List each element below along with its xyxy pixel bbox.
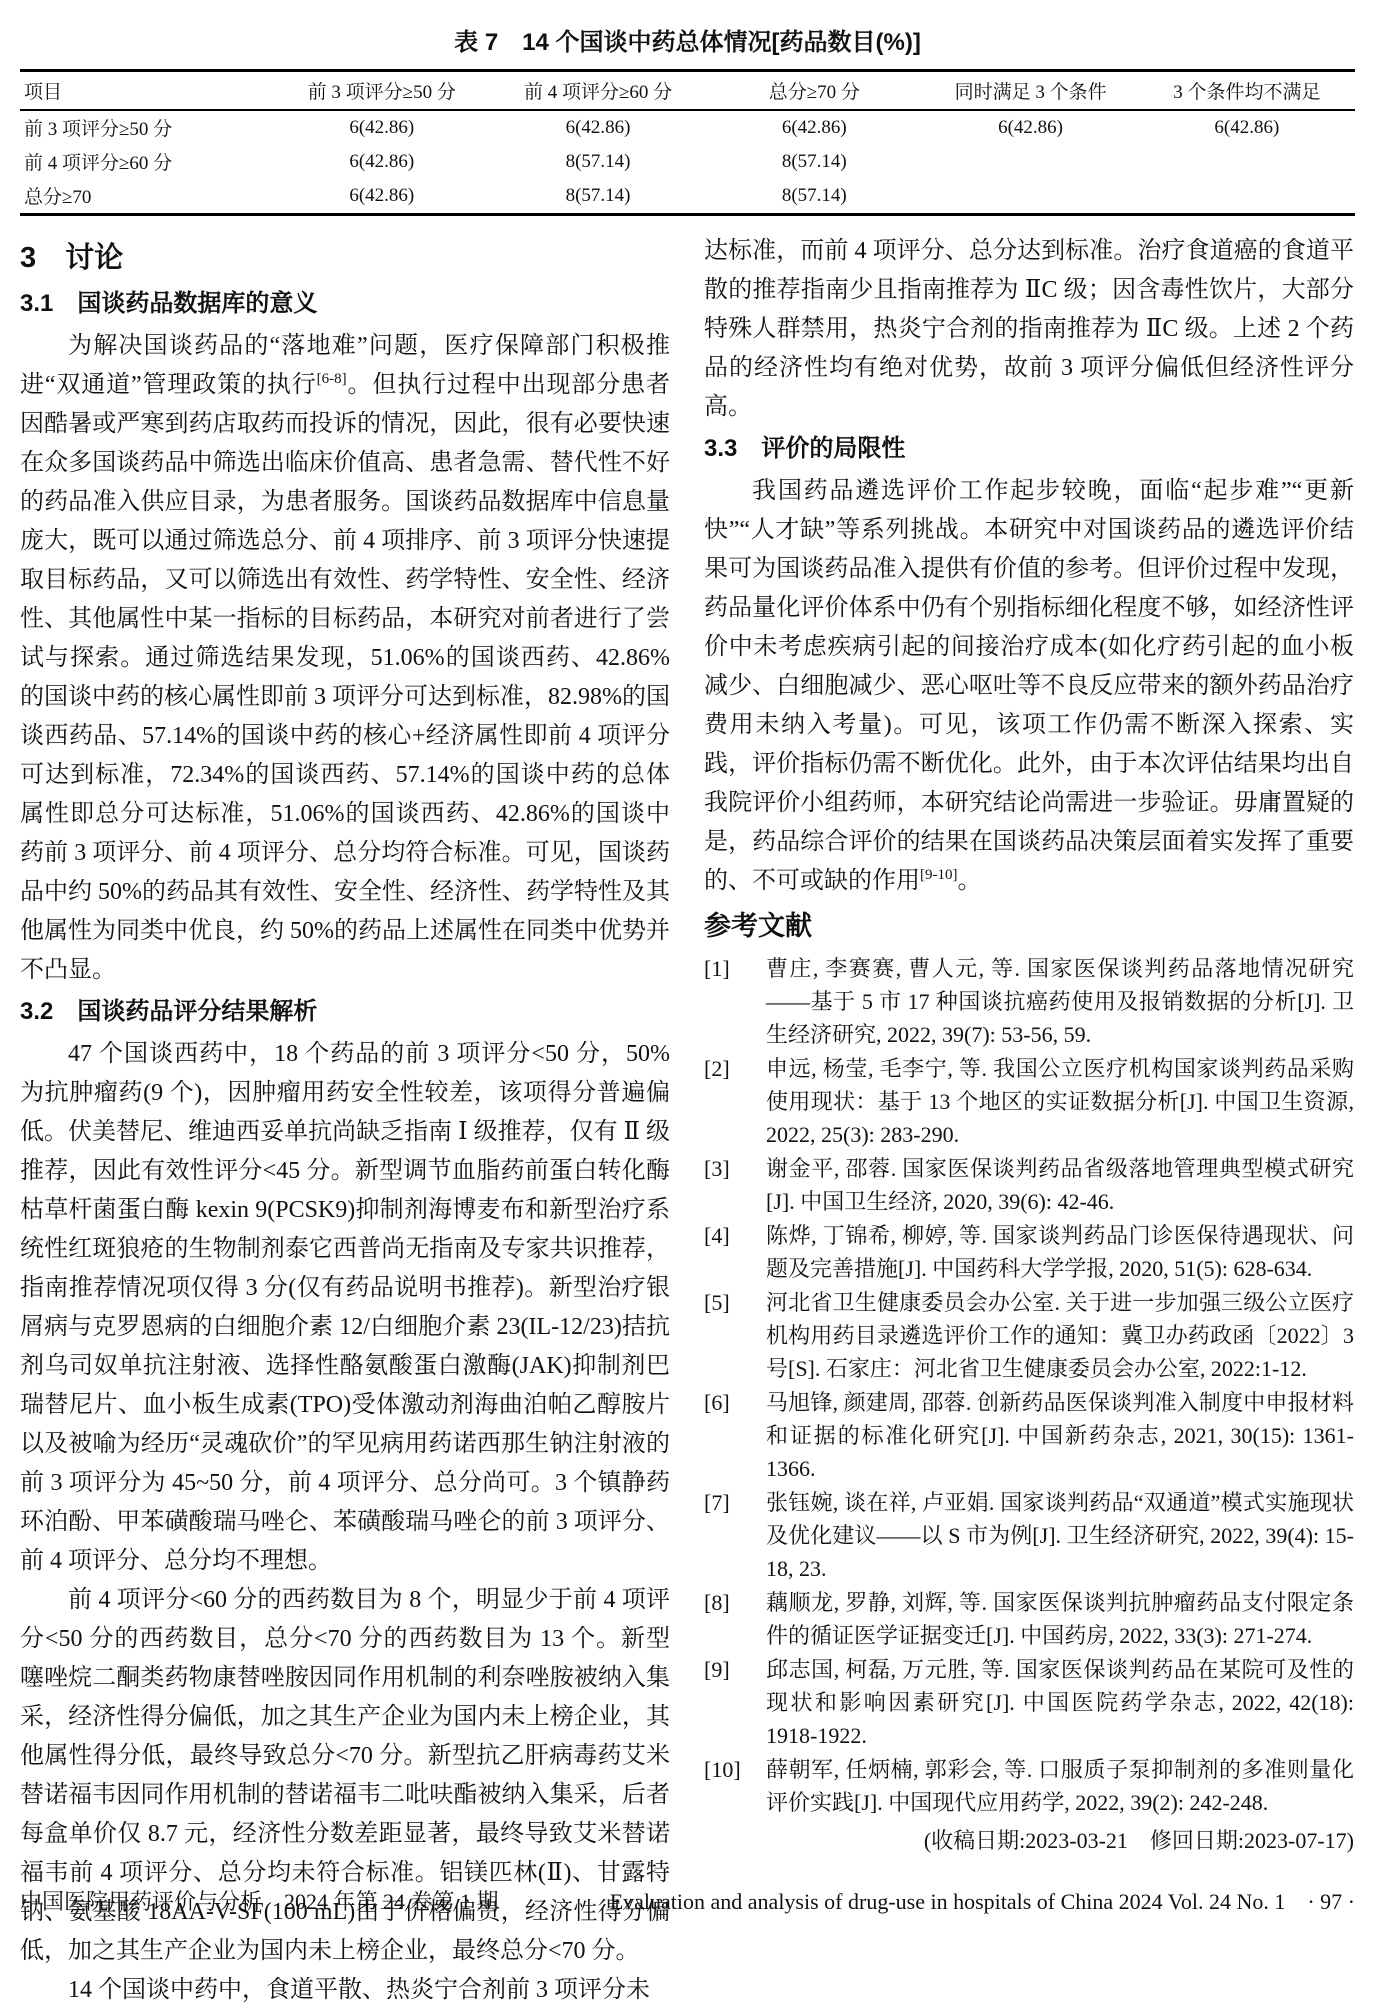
article-body: 3 讨论 3.1 国谈药品数据库的意义 为解决国谈药品的“落地难”问题，医疗保障… bbox=[20, 232, 1355, 2010]
table-cell: 6(42.86) bbox=[1139, 110, 1355, 145]
reference-text: 藕顺龙, 罗静, 刘辉, 等. 国家医保谈判抗肿瘤药品支付限定条件的循证医学证据… bbox=[766, 1586, 1354, 1652]
reference-item: [7] 张钰婉, 谈在祥, 卢亚娟. 国家谈判药品“双通道”模式实施现状及优化建… bbox=[704, 1486, 1354, 1585]
reference-number: [9] bbox=[704, 1653, 766, 1752]
page-footer: 中国医院用药评价与分析 2024 年第 24 卷第 1 期 Evaluation… bbox=[20, 1885, 1355, 1916]
received-revised-dates: (收稿日期:2023-03-21 修回日期:2023-07-17) bbox=[704, 1824, 1354, 1857]
reference-item: [4] 陈烨, 丁锦希, 柳婷, 等. 国家谈判药品门诊医保待遇现状、问题及完善… bbox=[704, 1219, 1354, 1285]
reference-number: [7] bbox=[704, 1486, 766, 1585]
paragraph-text: 。但执行过程中出现部分患者因酷暑或严寒到药店取药而投诉的情况，因此，很有必要快速… bbox=[20, 372, 670, 983]
paragraph-text: 。 bbox=[958, 868, 982, 894]
section-heading-discussion: 3 讨论 bbox=[20, 240, 670, 276]
table-header-row: 项目 前 3 项评分≥50 分 前 4 项评分≥60 分 总分≥70 分 同时满… bbox=[20, 71, 1355, 111]
reference-text: 申远, 杨莹, 毛李宁, 等. 我国公立医疗机构国家谈判药品采购使用现状：基于 … bbox=[766, 1052, 1354, 1151]
citation-marker: [6-8] bbox=[317, 371, 347, 387]
table-cell: 8(57.14) bbox=[490, 179, 706, 215]
table-cell: 8(57.14) bbox=[706, 145, 922, 179]
table-row: 总分≥70 6(42.86) 8(57.14) 8(57.14) bbox=[20, 179, 1355, 215]
row-label: 总分≥70 bbox=[20, 179, 274, 215]
reference-item: [6] 马旭锋, 颜建周, 邵蓉. 创新药品医保谈判准入制度中申报材料和证据的标… bbox=[704, 1386, 1354, 1485]
paragraph-3-2-3-left: 14 个国谈中药中，食道平散、热炎宁合剂前 3 项评分未 bbox=[20, 1971, 670, 2010]
left-column: 3 讨论 3.1 国谈药品数据库的意义 为解决国谈药品的“落地难”问题，医疗保障… bbox=[20, 232, 670, 2010]
reference-item: [5] 河北省卫生健康委员会办公室. 关于进一步加强三级公立医疗机构用药目录遴选… bbox=[704, 1286, 1354, 1385]
journal-name-en: Evaluation and analysis of drug-use in h… bbox=[610, 1885, 1355, 1916]
table-cell: 6(42.86) bbox=[274, 110, 490, 145]
reference-number: [1] bbox=[704, 952, 766, 1051]
paragraph-3-2-1: 47 个国谈西药中，18 个药品的前 3 项评分<50 分，50%为抗肿瘤药(9… bbox=[20, 1035, 670, 1581]
journal-name-cn: 中国医院用药评价与分析 2024 年第 24 卷第 1 期 bbox=[20, 1885, 499, 1916]
column-header: 前 4 项评分≥60 分 bbox=[490, 71, 706, 111]
table-cell bbox=[1139, 179, 1355, 215]
column-header: 3 个条件均不满足 bbox=[1139, 71, 1355, 111]
table-cell: 6(42.86) bbox=[922, 110, 1138, 145]
subsection-heading-3-1: 3.1 国谈药品数据库的意义 bbox=[20, 286, 670, 322]
reference-item: [3] 谢金平, 邵蓉. 国家医保谈判药品省级落地管理典型模式研究[J]. 中国… bbox=[704, 1152, 1354, 1218]
reference-number: [10] bbox=[704, 1753, 766, 1819]
table-cell: 8(57.14) bbox=[706, 179, 922, 215]
row-label: 前 4 项评分≥60 分 bbox=[20, 145, 274, 179]
subsection-heading-3-3: 3.3 评价的局限性 bbox=[704, 431, 1354, 467]
reference-number: [8] bbox=[704, 1586, 766, 1652]
reference-number: [2] bbox=[704, 1052, 766, 1151]
subsection-heading-3-2: 3.2 国谈药品评分结果解析 bbox=[20, 994, 670, 1030]
journal-page: 表 7 14 个国谈中药总体情况[药品数目(%)] 项目 前 3 项评分≥50 … bbox=[0, 0, 1375, 1940]
row-label: 前 3 项评分≥50 分 bbox=[20, 110, 274, 145]
table-cell bbox=[922, 179, 1138, 215]
table-cell bbox=[1139, 145, 1355, 179]
paragraph-3-2-3-continued: 达标准，而前 4 项评分、总分达到标准。治疗食道癌的食道平散的推荐指南少且指南推… bbox=[704, 232, 1354, 427]
reference-number: [5] bbox=[704, 1286, 766, 1385]
reference-number: [3] bbox=[704, 1152, 766, 1218]
paragraph-3-3: 我国药品遴选评价工作起步较晚，面临“起步难”“更新快”“人才缺”等系列挑战。本研… bbox=[704, 472, 1354, 901]
paragraph-text: 我国药品遴选评价工作起步较晚，面临“起步难”“更新快”“人才缺”等系列挑战。本研… bbox=[704, 478, 1354, 894]
paragraph-3-1: 为解决国谈药品的“落地难”问题，医疗保障部门积极推进“双通道”管理政策的执行[6… bbox=[20, 327, 670, 990]
reference-text: 马旭锋, 颜建周, 邵蓉. 创新药品医保谈判准入制度中申报材料和证据的标准化研究… bbox=[766, 1386, 1354, 1485]
reference-item: [9] 邱志国, 柯磊, 万元胜, 等. 国家医保谈判药品在某院可及性的现状和影… bbox=[704, 1653, 1354, 1752]
reference-item: [2] 申远, 杨莹, 毛李宁, 等. 我国公立医疗机构国家谈判药品采购使用现状… bbox=[704, 1052, 1354, 1151]
reference-text: 陈烨, 丁锦希, 柳婷, 等. 国家谈判药品门诊医保待遇现状、问题及完善措施[J… bbox=[766, 1219, 1354, 1285]
references-heading: 参考文献 bbox=[704, 909, 1354, 944]
table-row: 前 4 项评分≥60 分 6(42.86) 8(57.14) 8(57.14) bbox=[20, 145, 1355, 179]
column-header: 总分≥70 分 bbox=[706, 71, 922, 111]
table-cell: 6(42.86) bbox=[274, 179, 490, 215]
reference-item: [1] 曹庄, 李赛赛, 曹人元, 等. 国家医保谈判药品落地情况研究——基于 … bbox=[704, 952, 1354, 1051]
table-cell bbox=[922, 145, 1138, 179]
table-caption: 表 7 14 个国谈中药总体情况[药品数目(%)] bbox=[20, 22, 1355, 57]
table-cell: 8(57.14) bbox=[490, 145, 706, 179]
reference-text: 张钰婉, 谈在祥, 卢亚娟. 国家谈判药品“双通道”模式实施现状及优化建议——以… bbox=[766, 1486, 1354, 1585]
reference-item: [8] 藕顺龙, 罗静, 刘辉, 等. 国家医保谈判抗肿瘤药品支付限定条件的循证… bbox=[704, 1586, 1354, 1652]
right-column: 达标准，而前 4 项评分、总分达到标准。治疗食道癌的食道平散的推荐指南少且指南推… bbox=[704, 232, 1354, 2010]
reference-text: 邱志国, 柯磊, 万元胜, 等. 国家医保谈判药品在某院可及性的现状和影响因素研… bbox=[766, 1653, 1354, 1752]
citation-marker: [9-10] bbox=[920, 867, 958, 883]
column-header: 项目 bbox=[20, 71, 274, 111]
table-cell: 6(42.86) bbox=[274, 145, 490, 179]
summary-table: 项目 前 3 项评分≥50 分 前 4 项评分≥60 分 总分≥70 分 同时满… bbox=[20, 69, 1355, 216]
reference-item: [10] 薛朝军, 任炳楠, 郭彩会, 等. 口服质子泵抑制剂的多准则量化评价实… bbox=[704, 1753, 1354, 1819]
reference-text: 薛朝军, 任炳楠, 郭彩会, 等. 口服质子泵抑制剂的多准则量化评价实践[J].… bbox=[766, 1753, 1354, 1819]
reference-text: 河北省卫生健康委员会办公室. 关于进一步加强三级公立医疗机构用药目录遴选评价工作… bbox=[766, 1286, 1354, 1385]
table-row: 前 3 项评分≥50 分 6(42.86) 6(42.86) 6(42.86) … bbox=[20, 110, 1355, 145]
reference-text: 谢金平, 邵蓉. 国家医保谈判药品省级落地管理典型模式研究[J]. 中国卫生经济… bbox=[766, 1152, 1354, 1218]
column-header: 同时满足 3 个条件 bbox=[922, 71, 1138, 111]
reference-text: 曹庄, 李赛赛, 曹人元, 等. 国家医保谈判药品落地情况研究——基于 5 市 … bbox=[766, 952, 1354, 1051]
reference-number: [4] bbox=[704, 1219, 766, 1285]
table-cell: 6(42.86) bbox=[490, 110, 706, 145]
table-cell: 6(42.86) bbox=[706, 110, 922, 145]
reference-number: [6] bbox=[704, 1386, 766, 1485]
column-header: 前 3 项评分≥50 分 bbox=[274, 71, 490, 111]
